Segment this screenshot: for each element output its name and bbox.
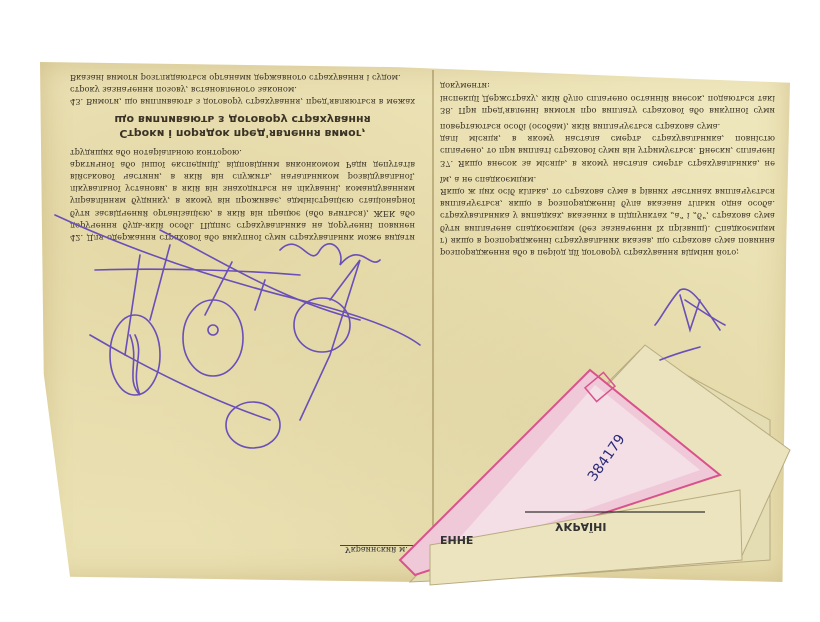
document-photo: 42. Для одержання страхової або викупної…	[0, 0, 820, 622]
scribbles-and-receipt	[0, 0, 820, 622]
receipt-header: УКРАЇНІ	[555, 520, 606, 533]
receipt-header-partial: ЕННЕ	[440, 533, 473, 546]
